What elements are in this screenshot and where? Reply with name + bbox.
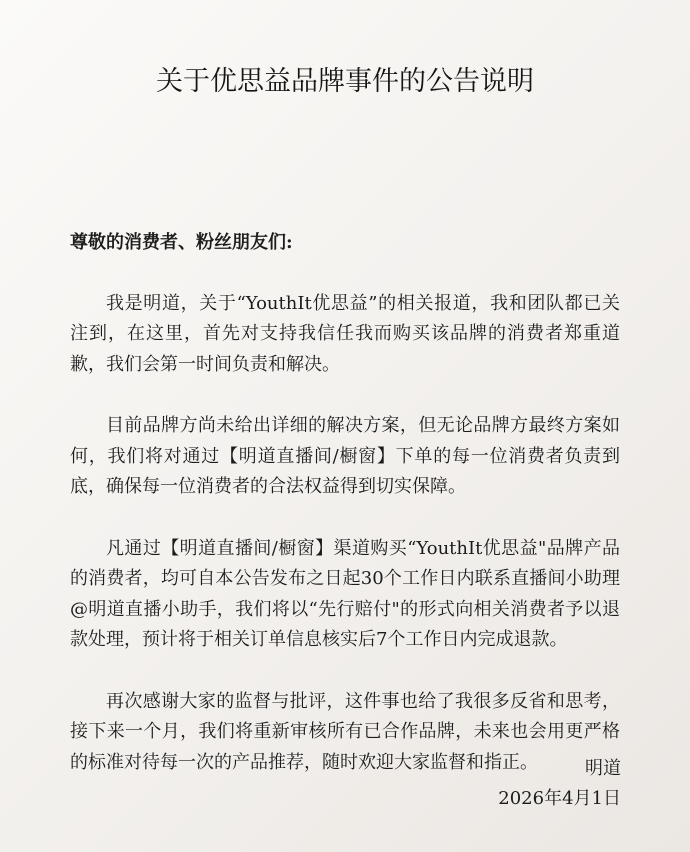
announcement-title: 关于优思益品牌事件的公告说明 bbox=[0, 62, 690, 102]
signature-block: 明道 2026年4月1日 bbox=[498, 754, 621, 814]
announcement-body: 尊敬的消费者、粉丝朋友们: 我是明道，关于“YouthIt优思益”的相关报道，我… bbox=[70, 228, 620, 809]
signature-date: 2026年4月1日 bbox=[498, 784, 621, 814]
signature-name: 明道 bbox=[498, 754, 621, 784]
announcement-page: 关于优思益品牌事件的公告说明 尊敬的消费者、粉丝朋友们: 我是明道，关于“You… bbox=[0, 0, 690, 852]
paragraph-refund-policy: 凡通过【明道直播间/橱窗】渠道购买“YouthIt优思益"品牌产品的消费者，均可… bbox=[70, 534, 620, 656]
salutation: 尊敬的消费者、粉丝朋友们: bbox=[70, 228, 620, 259]
paragraph-apology: 我是明道，关于“YouthIt优思益”的相关报道，我和团队都已关注到，在这里，首… bbox=[70, 289, 620, 381]
paragraph-commitment: 目前品牌方尚未给出详细的解决方案，但无论品牌方最终方案如何，我们将对通过【明道直… bbox=[70, 411, 620, 503]
